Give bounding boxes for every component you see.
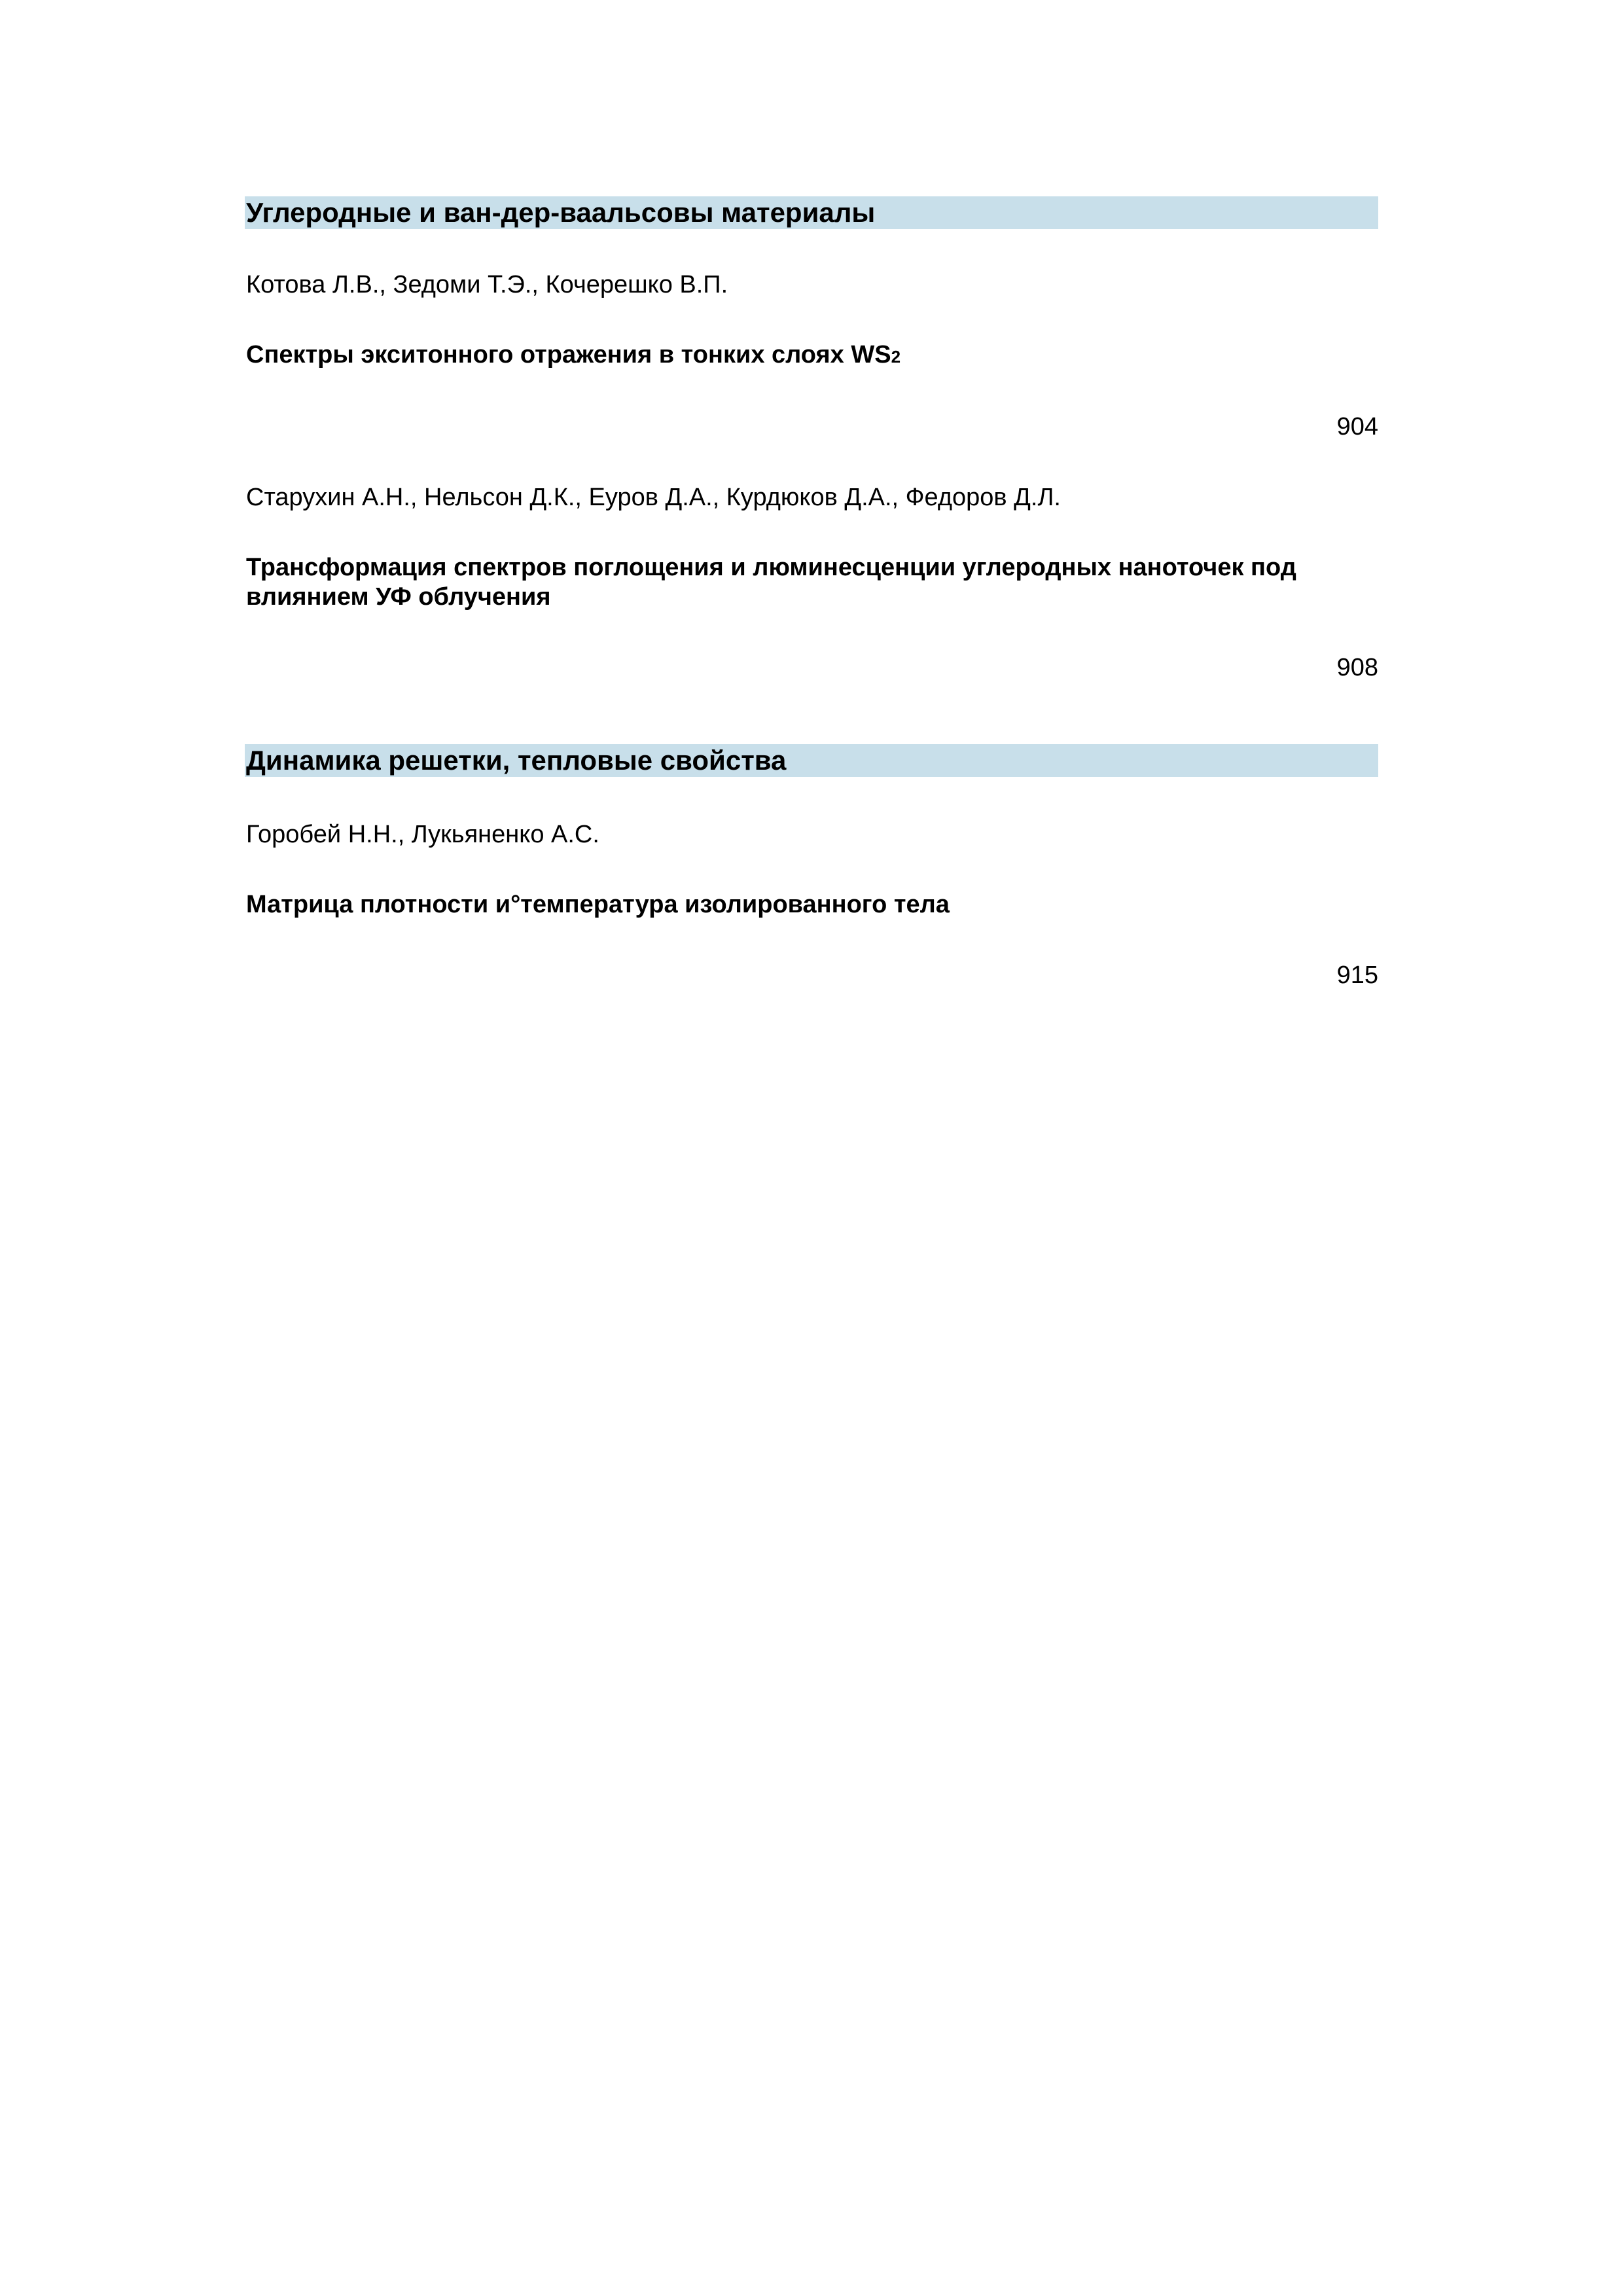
entry-page-number[interactable]: 915 [1337, 960, 1378, 990]
entry-title-subscript: 2 [891, 347, 901, 367]
entry-title[interactable]: Матрица плотности и°температура изолиров… [246, 890, 1378, 920]
entry-title[interactable]: Трансформация спектров поглощения и люми… [246, 553, 1378, 612]
entry-authors: Котова Л.В., Зедоми Т.Э., Кочерешко В.П. [246, 270, 728, 300]
entry-title-text: Спектры экситонного отражения в тонких с… [246, 341, 891, 368]
document-page: Углеродные и ван-дер-ваальсовы материалы… [0, 0, 1623, 2296]
section-heading-lattice-dynamics: Динамика решетки, тепловые свойства [245, 744, 1378, 777]
entry-authors: Старухин А.Н., Нельсон Д.К., Еуров Д.А.,… [246, 482, 1061, 512]
entry-page-number[interactable]: 908 [1337, 653, 1378, 683]
entry-page-number[interactable]: 904 [1337, 412, 1378, 442]
entry-title[interactable]: Спектры экситонного отражения в тонких с… [246, 340, 1378, 372]
section-heading-carbon-materials: Углеродные и ван-дер-ваальсовы материалы [245, 196, 1378, 229]
entry-authors: Горобей Н.Н., Лукьяненко А.С. [246, 819, 599, 850]
